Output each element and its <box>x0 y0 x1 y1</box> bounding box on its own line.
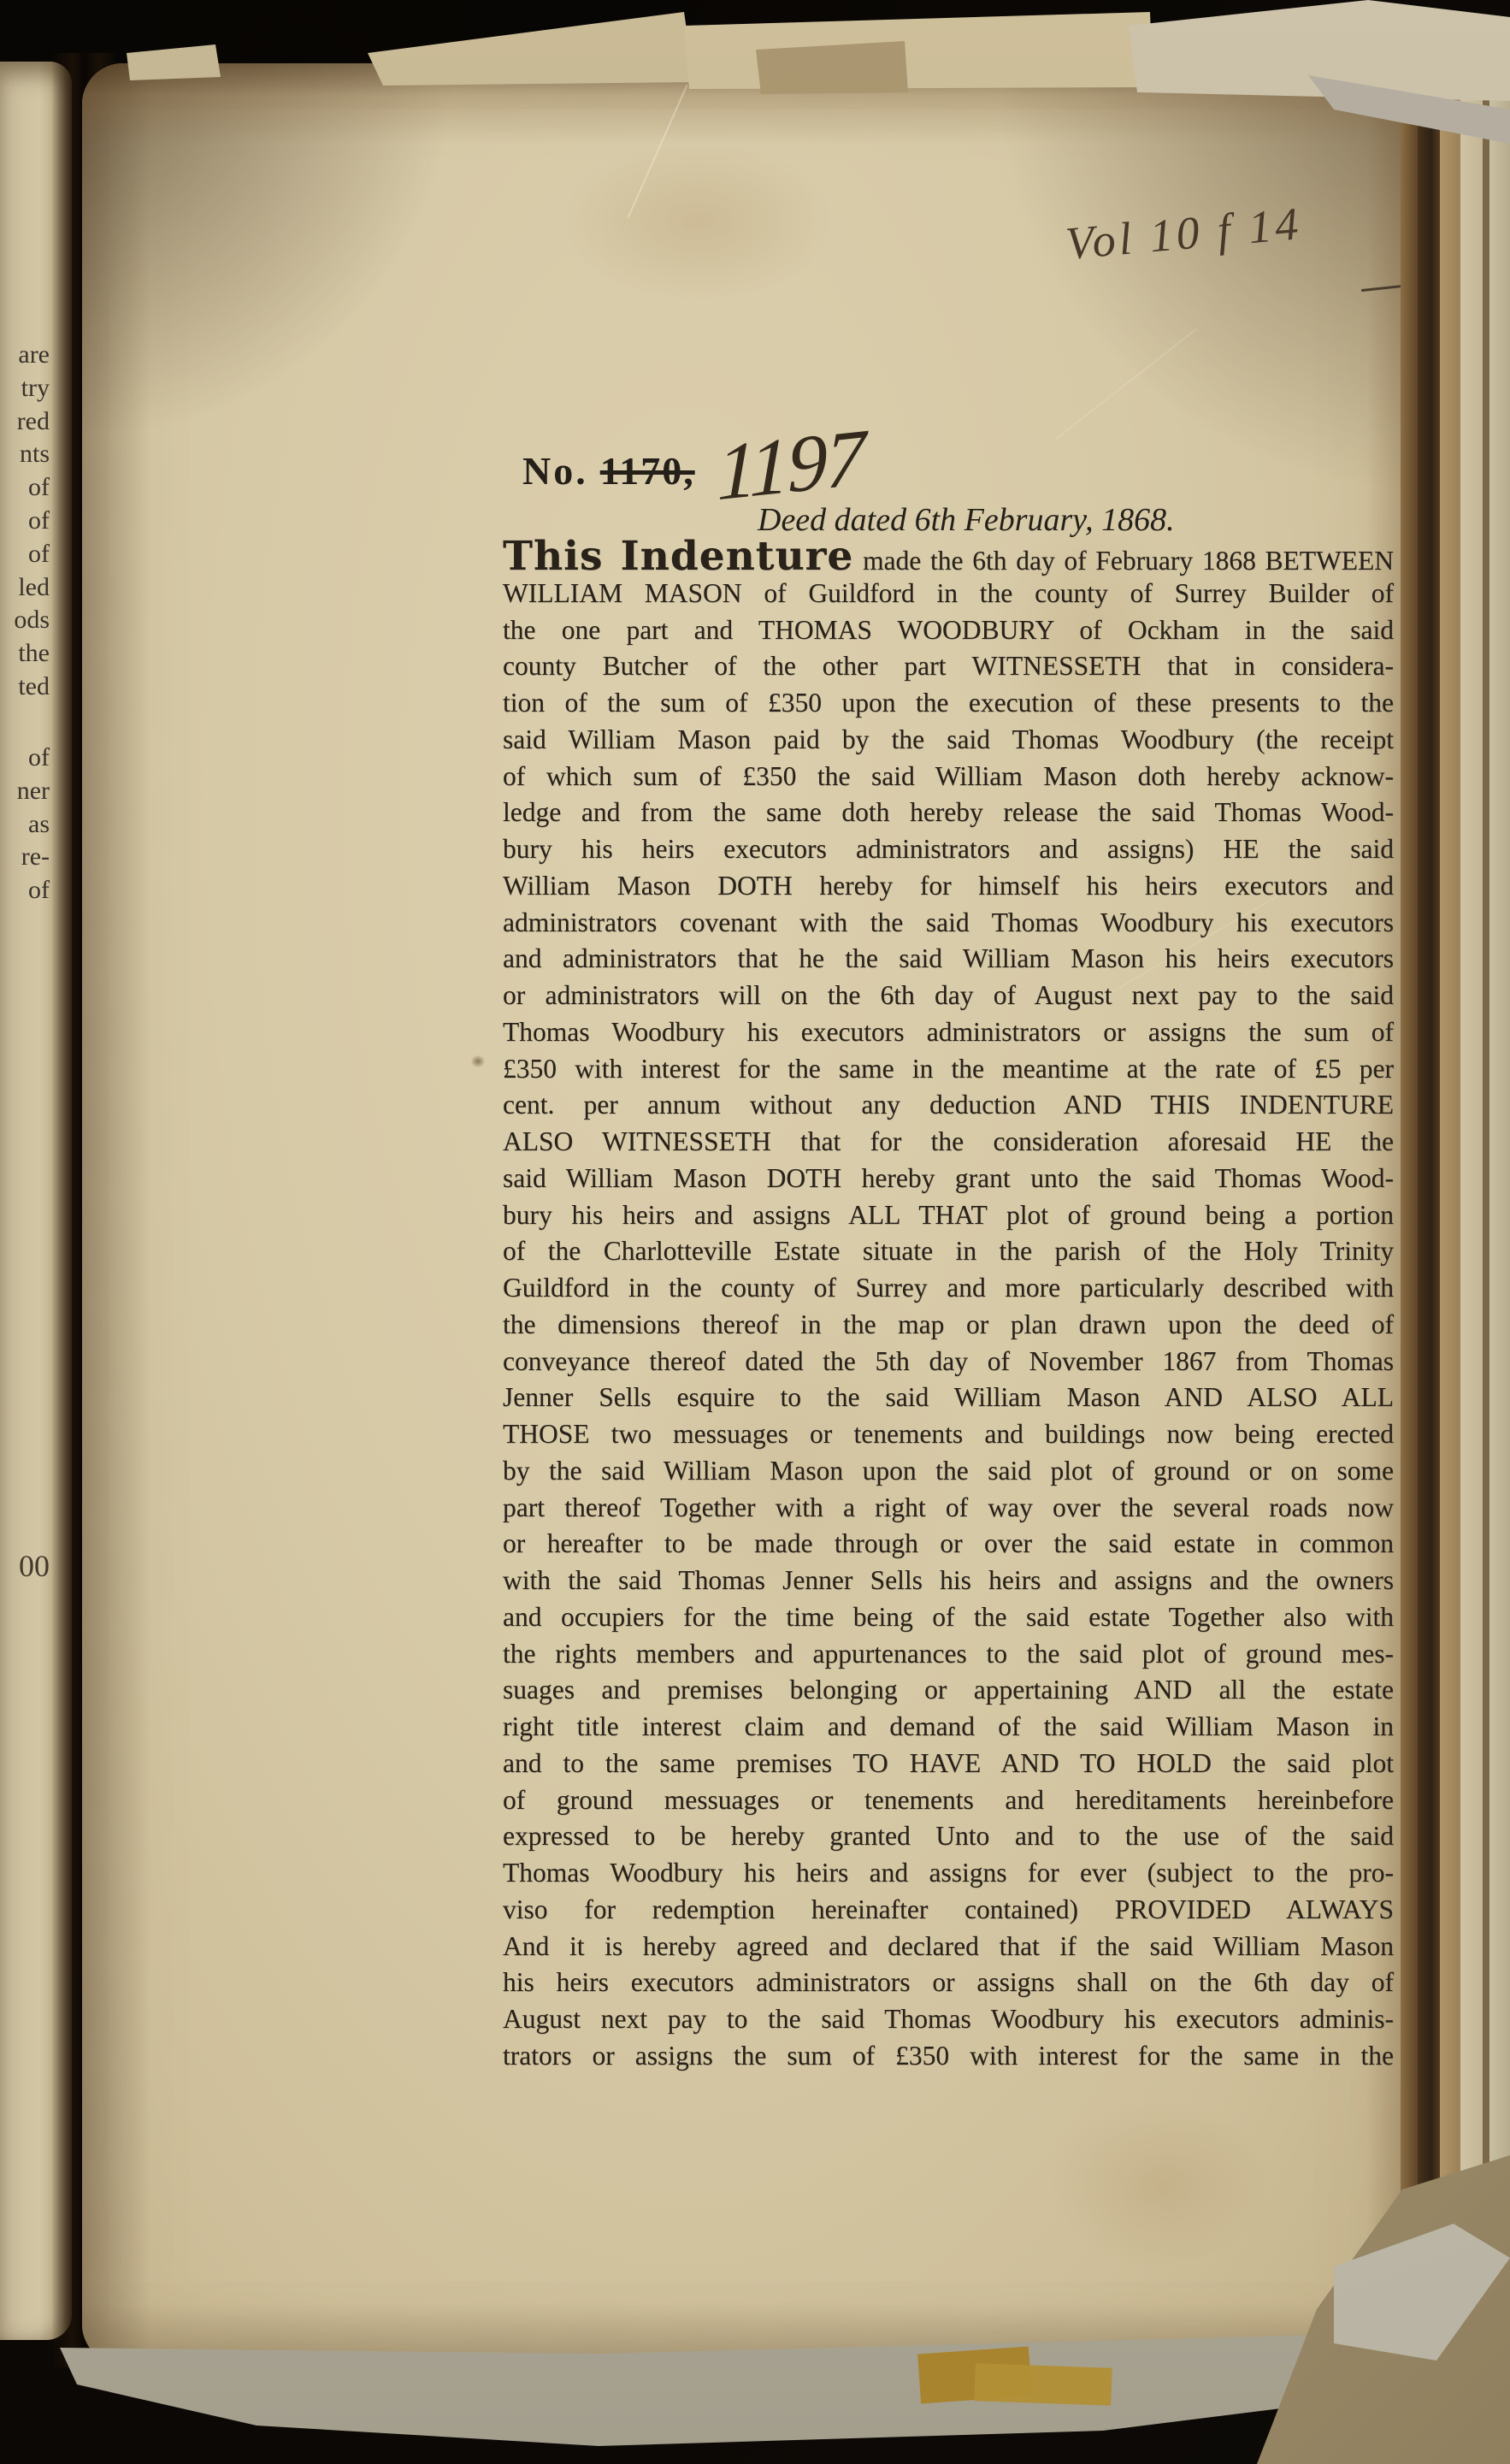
deed-text-line: said William Mason DOTH hereby grant unt… <box>503 1161 1394 1197</box>
facing-page-fragment: nts <box>20 438 50 471</box>
deed-text-line: right title interest claim and demand of… <box>503 1709 1394 1746</box>
deed-text-line: bury his heirs executors administrators … <box>503 831 1394 868</box>
deed-number-label: No. <box>522 449 588 493</box>
foxing-spot <box>1048 2099 1271 2270</box>
deed-text-line: of ground messuages or tenements and her… <box>503 1782 1394 1819</box>
deed-text-line: ledge and from the same doth hereby rele… <box>503 795 1394 831</box>
stack-strip <box>1489 48 1510 2362</box>
stack-strip <box>1483 48 1489 2362</box>
facing-page-fragment: the <box>18 637 50 671</box>
deed-text-line: his heirs executors administrators or as… <box>503 1965 1394 2001</box>
deed-opening-phrase: This Indenture <box>503 533 853 580</box>
deed-text-line: of which sum of £350 the said William Ma… <box>503 759 1394 795</box>
deed-first-line-rest: made the 6th day of February 1868 BETWEE… <box>863 546 1394 576</box>
deed-text-line: Guildford in the county of Surrey and mo… <box>503 1270 1394 1307</box>
deed-text-line: WILLIAM MASON of Guildford in the county… <box>503 576 1394 612</box>
deed-text-line: THOSE two messuages or tenements and bui… <box>503 1416 1394 1453</box>
facing-page-fragments-upper: aretryredntsofofofledodstheted <box>14 339 50 704</box>
deed-text-line: cent. per annum without any deduction AN… <box>503 1087 1394 1124</box>
foxing-spot <box>561 140 835 303</box>
deed-text-line: and to the same premises TO HAVE AND TO … <box>503 1746 1394 1782</box>
deed-text-line: or hereafter to be made through or over … <box>503 1526 1394 1563</box>
deed-page: Vol 10 f 14 No.1170, 1197 Deed dated 6th… <box>82 63 1421 2364</box>
deed-text-line: trators or assigns the sum of £350 with … <box>503 2038 1394 2075</box>
deed-text-line: the one part and THOMAS WOODBURY of Ockh… <box>503 612 1394 649</box>
facing-page-fragment: are <box>18 339 50 372</box>
facing-page-fragment: ods <box>14 604 50 637</box>
deed-text-line: and administrators that he the said Will… <box>503 941 1394 978</box>
stack-strip <box>1440 48 1460 2362</box>
deed-text-line: And it is hereby agreed and declared tha… <box>503 1929 1394 1965</box>
deed-number-struck: 1170, <box>600 449 695 493</box>
scratch-mark <box>628 85 688 218</box>
deed-text-line: the dimensions thereof in the map or pla… <box>503 1307 1394 1344</box>
deed-text-line: August next pay to the said Thomas Woodb… <box>503 2001 1394 2038</box>
facing-page-fragment: re- <box>21 841 50 874</box>
deed-text-line: Thomas Woodbury his heirs and assigns fo… <box>503 1855 1394 1892</box>
deed-text-block: This Indenture made the 6th day of Febru… <box>503 539 1394 2075</box>
volume-annotation: Vol 10 f 14 <box>1064 197 1304 270</box>
book-scan-scene: aretryredntsofofofledodstheted ofnerasre… <box>0 0 1510 2464</box>
facing-page-fragment: led <box>18 571 50 605</box>
facing-page-fragment: 00 <box>19 1550 50 1583</box>
facing-page-fragment: ner <box>17 775 50 808</box>
deed-text-line: Thomas Woodbury his executors administra… <box>503 1014 1394 1051</box>
deed-text-line: administrators covenant with the said Th… <box>503 905 1394 942</box>
deed-text-lines: WILLIAM MASON of Guildford in the county… <box>503 576 1394 2075</box>
facing-page-fragment: ted <box>18 671 50 704</box>
page-edge-stack <box>1401 48 1510 2362</box>
deed-text-line: with the said Thomas Jenner Sells his he… <box>503 1563 1394 1599</box>
deed-text-line: tion of the sum of £350 upon the executi… <box>503 685 1394 722</box>
deed-text-line: expressed to be hereby granted Unto and … <box>503 1818 1394 1855</box>
deed-text-line: ALSO WITNESSETH that for the considerati… <box>503 1124 1394 1161</box>
deed-text-line: This Indenture made the 6th day of Febru… <box>503 539 1394 576</box>
deed-text-line: by the said William Mason upon the said … <box>503 1453 1394 1490</box>
facing-page-fragments-lower: 00 <box>19 1550 50 1583</box>
deed-text-line: of the Charlotteville Estate situate in … <box>503 1233 1394 1270</box>
deed-text-line: county Butcher of the other part WITNESS… <box>503 648 1394 685</box>
facing-page-fragments-middle: ofnerasre-of <box>17 742 50 907</box>
deed-text-line: £350 with interest for the same in the m… <box>503 1051 1394 1088</box>
deed-text-line: Jenner Sells esquire to the said William… <box>503 1380 1394 1416</box>
tape-fragment <box>974 2363 1112 2406</box>
facing-page-fragment: of <box>28 874 50 907</box>
facing-page-fragment: red <box>17 405 50 439</box>
facing-page-fragment: of <box>28 538 50 571</box>
deed-text-line: suages and premises belonging or apperta… <box>503 1672 1394 1709</box>
deed-text-line: the rights members and appurtenances to … <box>503 1636 1394 1673</box>
foxing-spot <box>471 1055 485 1067</box>
stack-strip <box>1418 48 1440 2362</box>
facing-page-fragment: of <box>28 471 50 505</box>
facing-page-fragment: of <box>28 742 50 775</box>
deed-text-line: William Mason DOTH hereby for himself hi… <box>503 868 1394 905</box>
facing-page-fragment: of <box>28 505 50 538</box>
deed-text-line: and occupiers for the time being of the … <box>503 1599 1394 1636</box>
deed-number-line: No.1170, <box>522 448 695 493</box>
deed-text-line: viso for redemption hereinafter containe… <box>503 1892 1394 1929</box>
deed-text-line: bury his heirs and assigns ALL THAT plot… <box>503 1197 1394 1234</box>
facing-page-fragment: as <box>28 808 50 842</box>
stack-strip <box>1401 48 1418 2362</box>
deed-text-line: said William Mason paid by the said Thom… <box>503 722 1394 759</box>
stack-strip <box>1460 48 1483 2362</box>
deed-text-line: or administrators will on the 6th day of… <box>503 978 1394 1014</box>
deed-text-line: conveyance thereof dated the 5th day of … <box>503 1344 1394 1380</box>
scratch-mark <box>1055 328 1198 440</box>
facing-page-fragment: try <box>21 372 50 405</box>
deed-text-line: part thereof Together with a right of wa… <box>503 1490 1394 1527</box>
